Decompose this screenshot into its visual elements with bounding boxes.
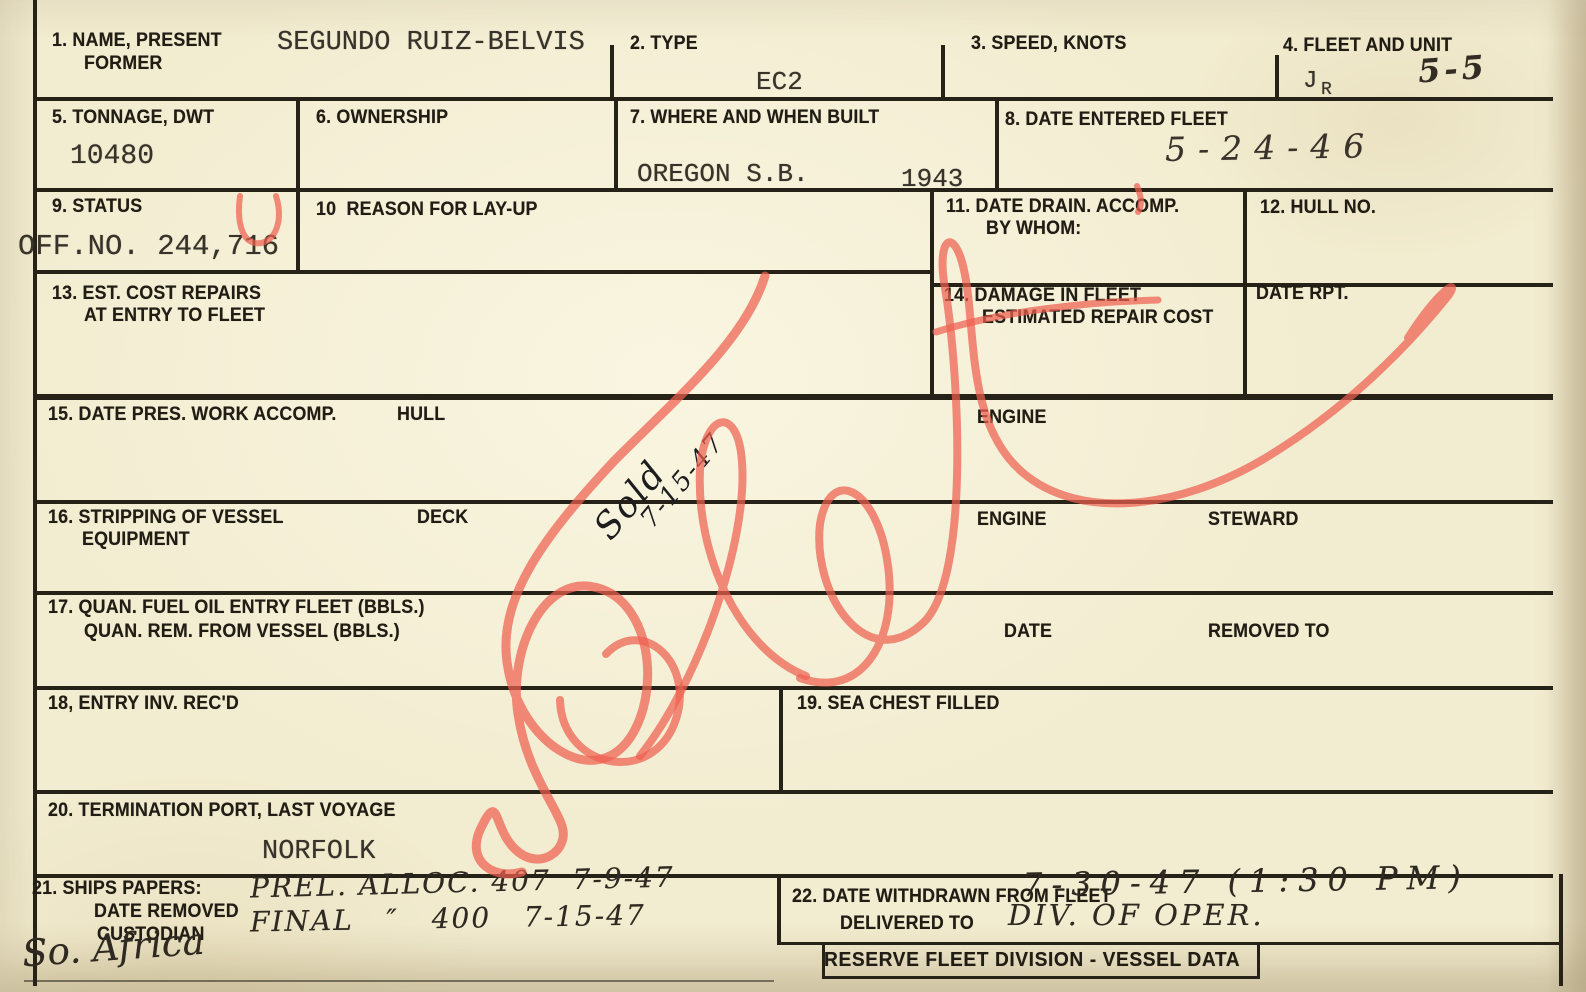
custodian-so-africa-handwritten: So. Africa (21, 920, 206, 976)
divider-3-4 (1275, 55, 1279, 100)
reserve-fleet-division-box: RESERVE FLEET DIVISION - VESSEL DATA (822, 942, 1260, 979)
box22-right-border (1559, 874, 1563, 986)
field17-removed-to-label: REMOVED TO (1208, 621, 1330, 643)
field16-label: 16. STRIPPING OF VESSEL (48, 507, 284, 529)
fleet-unit-typed-r: R (1321, 80, 1332, 100)
field6-label: 6. OWNERSHIP (316, 107, 448, 129)
field11-label: 11. DATE DRAIN. ACCOMP. (946, 196, 1179, 218)
row7-bottom-line (33, 686, 1553, 690)
divider-10-11-13-14 (930, 188, 934, 396)
field21-label: 21. SHIPS PAPERS: (32, 878, 202, 900)
field14-date-rpt-label: DATE RPT. (1256, 283, 1349, 305)
field15-label: 15. DATE PRES. WORK ACCOMP. (48, 404, 337, 426)
field17-date-label: DATE (1004, 621, 1052, 643)
field19-label: 19. SEA CHEST FILLED (797, 693, 1000, 715)
field15-engine-label: ENGINE (977, 407, 1047, 429)
card-bottom-edge (24, 980, 774, 982)
built-year-value: 1943 (901, 164, 963, 194)
ships-papers-final-handwritten: FINAL ″ 400 7-15-47 (250, 899, 646, 939)
field1-label-former: FORMER (84, 53, 163, 75)
black-ink-sold-note: Sold 7-15-47 (586, 322, 801, 562)
field11-label-bywhom: BY WHOM: (986, 218, 1081, 240)
termination-port-value: NORFOLK (262, 837, 375, 867)
field17-label: 17. QUAN. FUEL OIL ENTRY FLEET (BBLS.) (48, 597, 425, 619)
field12-label: 12. HULL NO. (1260, 197, 1376, 219)
field1-label: 1. NAME, PRESENT (52, 30, 222, 52)
field16-deck-label: DECK (417, 507, 468, 529)
field10-label: 10 REASON FOR LAY-UP (316, 199, 538, 221)
fleet-unit-typed-j: J (1303, 68, 1317, 95)
row3-bottom-line-left (33, 270, 932, 274)
divider-21-22 (777, 874, 781, 944)
field13-label2: AT ENTRY TO FLEET (84, 305, 265, 327)
field16-engine-label: ENGINE (977, 509, 1047, 531)
row6-bottom-line (33, 591, 1553, 595)
delivered-to-handwritten: DIV. OF OPER. (1008, 898, 1265, 932)
built-where-value: OREGON S.B. (637, 159, 809, 189)
field7-label: 7. WHERE AND WHEN BUILT (630, 107, 879, 129)
vessel-data-card: 1. NAME, PRESENT FORMER SEGUNDO RUIZ-BEL… (0, 0, 1586, 992)
divider-11-12-daterpt (1243, 188, 1247, 396)
divider-1-2 (610, 45, 614, 100)
field15-hull-label: HULL (397, 404, 445, 426)
divider-7-8 (995, 97, 999, 191)
field20-label: 20. TERMINATION PORT, LAST VOYAGE (48, 800, 396, 822)
row5-bottom-line (33, 500, 1553, 504)
ships-papers-prelim-handwritten: PREL. ALLOC. 407 7-9-47 (250, 860, 675, 904)
fleet-unit-handwritten: 5-5 (1417, 48, 1489, 91)
vessel-name-value: SEGUNDO RUIZ-BELVIS (277, 28, 585, 58)
field14-label2: ESTIMATED REPAIR COST (982, 307, 1214, 329)
row4-bottom-heavy-line (33, 394, 1553, 400)
field8-label: 8. DATE ENTERED FLEET (1005, 109, 1228, 131)
tonnage-value: 10480 (70, 141, 154, 172)
field21-label2: DATE REMOVED (94, 901, 239, 923)
field9-label: 9. STATUS (52, 196, 142, 218)
date-entered-fleet-handwritten: 5-24-46 (1165, 126, 1377, 169)
card-left-border (33, 0, 37, 986)
field14-label: 14. DAMAGE IN FLEET (944, 285, 1141, 307)
field18-label: 18, ENTRY INV. REC'D (48, 693, 239, 715)
field17-label2: QUAN. REM. FROM VESSEL (BBLS.) (84, 621, 400, 643)
divider-9-10 (296, 188, 300, 273)
divider-6-7 (614, 97, 618, 191)
field5-label: 5. TONNAGE, DWT (52, 107, 214, 129)
reserve-fleet-division-title: RESERVE FLEET DIVISION - VESSEL DATA (824, 949, 1240, 972)
field16-label2: EQUIPMENT (82, 529, 190, 551)
row8-bottom-line (33, 790, 1553, 794)
field2-label: 2. TYPE (630, 33, 698, 55)
black-note-word: Sold (586, 322, 785, 548)
field16-steward-label: STEWARD (1208, 509, 1299, 531)
divider-2-3 (941, 45, 945, 100)
divider-5-6 (296, 97, 300, 191)
type-value: EC2 (756, 67, 803, 97)
field3-label: 3. SPEED, KNOTS (971, 33, 1127, 55)
field22-delivered-to-label: DELIVERED TO (840, 913, 974, 935)
field13-label: 13. EST. COST REPAIRS (52, 283, 261, 305)
official-number-value: OFF.NO. 244,716 (18, 230, 279, 263)
box19-left-border (779, 686, 783, 792)
